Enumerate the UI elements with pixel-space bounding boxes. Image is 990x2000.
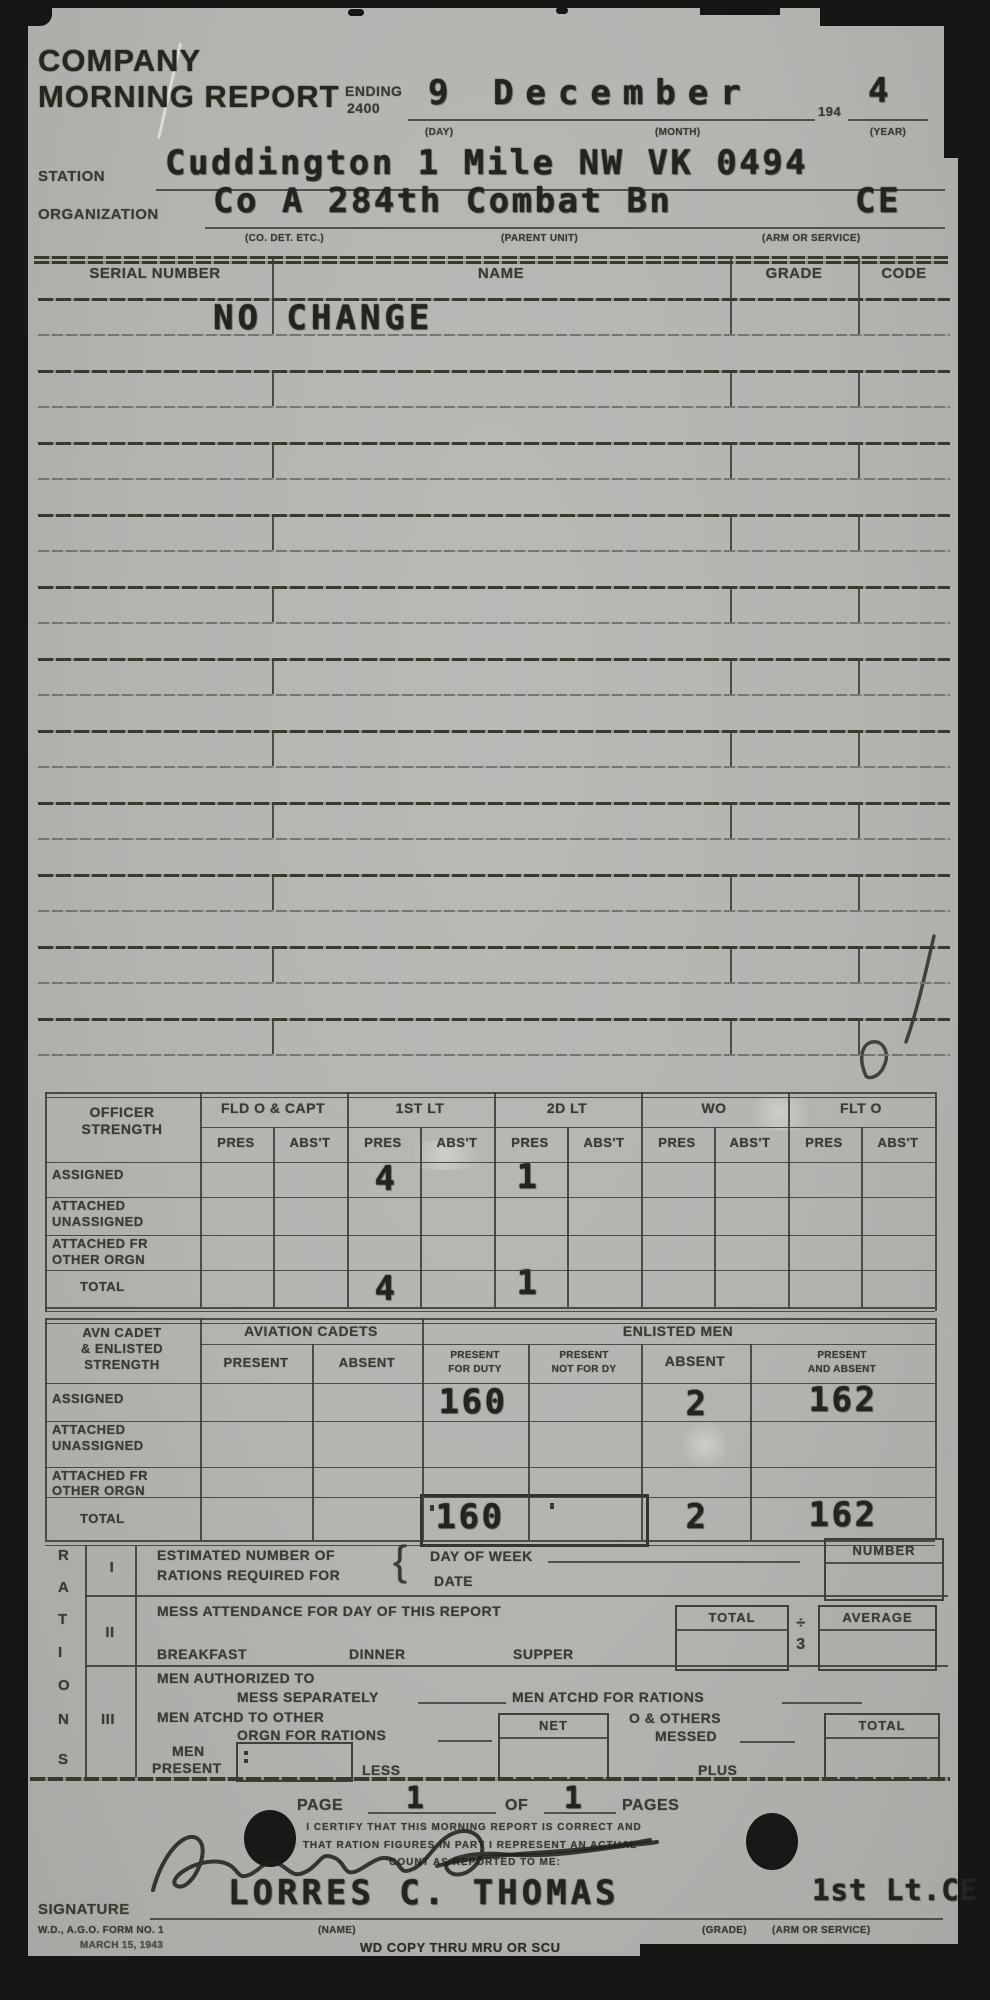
average-box-label: AVERAGE	[820, 1610, 935, 1625]
table-line	[730, 370, 732, 406]
table-line	[45, 1311, 935, 1312]
rations-numeral-2: II	[105, 1625, 114, 1642]
number-box-divider	[826, 1562, 942, 1564]
table-line	[730, 874, 732, 910]
table-line	[935, 1318, 937, 1540]
mess-separately-label: MESS SEPARATELY	[237, 1690, 379, 1705]
enlisted-total-pa: 162	[809, 1498, 878, 1532]
table-line	[38, 406, 950, 408]
table-line	[730, 298, 732, 334]
present-label: PRESENT	[152, 1761, 222, 1776]
officer-abst-header: ABS'T	[730, 1136, 771, 1150]
table-line	[641, 1092, 643, 1307]
date-entry: 9 December	[428, 76, 753, 110]
table-line	[858, 730, 860, 766]
table-line	[45, 1421, 935, 1422]
messed-rule	[740, 1741, 795, 1743]
scan-edge-bottom-right	[640, 1944, 960, 1958]
officer-abst-header: ABS'T	[584, 1136, 625, 1150]
table-line	[272, 730, 274, 766]
table-line	[38, 478, 950, 480]
form-number: W.D., A.G.O. FORM NO. 1	[38, 1925, 164, 1936]
day-of-week-label: DAY OF WEEK	[430, 1549, 533, 1564]
roster-header-name: NAME	[478, 266, 524, 283]
table-line	[273, 1127, 275, 1307]
table-line	[272, 370, 274, 406]
table-line	[135, 1545, 137, 1777]
table-line	[45, 1092, 935, 1094]
officer-row-label: OTHER ORGN	[52, 1253, 145, 1267]
men-atchd-other-label: MEN ATCHD TO OTHER	[157, 1710, 324, 1725]
table-line	[45, 1323, 935, 1324]
pnfd-header-1: PRESENT	[559, 1350, 608, 1361]
scan-speck-2	[556, 7, 568, 14]
enlisted-assigned-pfd: 160	[439, 1385, 508, 1419]
table-line	[858, 586, 860, 622]
table-line	[200, 1318, 202, 1540]
table-line	[858, 658, 860, 694]
rations-estimated-1: ESTIMATED NUMBER OF	[157, 1548, 335, 1563]
table-line	[858, 370, 860, 406]
table-line	[730, 658, 732, 694]
table-line	[422, 1318, 424, 1540]
table-line	[38, 982, 950, 984]
month-label: (MONTH)	[655, 127, 700, 138]
table-line	[730, 1018, 732, 1054]
o-and-others-label: O & OTHERS	[629, 1711, 721, 1726]
enlisted-title-1: AVN CADET	[82, 1326, 161, 1340]
table-line	[45, 1197, 935, 1198]
rations-total-box-divider	[826, 1737, 938, 1739]
officer-assigned-2dlt-pres: 1	[517, 1160, 540, 1194]
rations-estimated-2: RATIONS REQUIRED FOR	[157, 1568, 340, 1583]
table-line	[200, 1344, 935, 1345]
table-line	[38, 550, 950, 552]
grade-caption: (GRADE)	[702, 1925, 747, 1936]
mess-total-box-label: TOTAL	[677, 1610, 787, 1625]
organization-label: ORGANIZATION	[38, 207, 159, 224]
signed-grade: 1st Lt.CE	[812, 1876, 978, 1905]
table-line	[714, 1127, 716, 1307]
net-box-divider	[500, 1737, 607, 1739]
ending-label: ENDING	[345, 84, 402, 99]
table-line	[272, 258, 274, 298]
supper-label: SUPPER	[513, 1647, 574, 1662]
signed-name: LORRES C. THOMAS	[228, 1876, 620, 1910]
average-box: AVERAGE	[818, 1605, 937, 1671]
officer-total-1stlt-pres: 4	[375, 1272, 398, 1306]
men-atchd-rations-rule	[782, 1702, 862, 1704]
table-line	[38, 334, 950, 336]
table-line	[935, 1092, 937, 1311]
scan-speck-1	[348, 9, 364, 16]
stray-typed-colon	[244, 1751, 248, 1755]
rations-letter: O	[58, 1678, 70, 1695]
date-label: DATE	[434, 1574, 473, 1589]
rations-letter: I	[58, 1645, 63, 1662]
enlisted-row-label: ATTACHED	[52, 1423, 126, 1437]
table-line	[750, 1344, 752, 1540]
form-title-line1: COMPANY	[38, 44, 201, 78]
men-label: MEN	[172, 1744, 205, 1759]
table-line	[730, 946, 732, 982]
table-line	[45, 1270, 935, 1271]
hole-punch-right	[746, 1813, 798, 1870]
table-line	[34, 256, 948, 259]
table-line	[85, 1665, 948, 1667]
scan-blotch-2	[680, 1420, 730, 1470]
table-line	[858, 258, 860, 298]
table-line	[641, 1344, 643, 1540]
table-line	[347, 1092, 349, 1307]
table-line	[38, 370, 950, 373]
table-line	[730, 442, 732, 478]
divide-sign: ÷	[796, 1615, 805, 1633]
station-label: STATION	[38, 169, 105, 186]
scan-edge-right-wedge	[944, 8, 960, 158]
roster-entry-no-change: NO CHANGE	[213, 301, 433, 335]
table-line	[45, 1540, 935, 1542]
orgn-for-rations-rule	[438, 1740, 492, 1742]
mess-total-box: TOTAL	[675, 1605, 789, 1671]
table-line	[38, 802, 950, 805]
table-line	[272, 298, 274, 334]
officer-strength-title-2: STRENGTH	[82, 1122, 163, 1137]
roster-header-serial: SERIAL NUMBER	[89, 266, 220, 283]
table-line	[858, 514, 860, 550]
messed-label: MESSED	[655, 1729, 717, 1744]
day-label: (DAY)	[425, 127, 453, 138]
date-rule	[408, 119, 815, 121]
officer-strength-title-1: OFFICER	[90, 1105, 155, 1120]
table-line	[45, 1318, 47, 1540]
table-line	[38, 838, 950, 840]
organization-entry: Co A 284th Combat Bn	[213, 184, 672, 218]
table-line	[858, 442, 860, 478]
year-prefix: 194	[818, 105, 841, 119]
table-line	[30, 1777, 950, 1781]
table-line	[420, 1127, 422, 1307]
table-line	[730, 802, 732, 838]
arm-service-label: (ARM OR SERVICE)	[762, 233, 861, 244]
scan-edge-top-mid	[700, 0, 780, 15]
table-line	[858, 874, 860, 910]
officer-row-label: ATTACHED FR	[52, 1237, 148, 1251]
rations-total-box-label: TOTAL	[826, 1718, 938, 1733]
men-authorized-label: MEN AUTHORIZED TO	[157, 1671, 315, 1686]
table-line	[272, 874, 274, 910]
table-line	[730, 514, 732, 550]
enlisted-row-label: ATTACHED FR	[52, 1469, 148, 1483]
mess-attendance-label: MESS ATTENDANCE FOR DAY OF THIS REPORT	[157, 1604, 501, 1619]
table-line	[34, 261, 948, 264]
table-line	[272, 586, 274, 622]
table-line	[45, 1318, 935, 1320]
net-box: NET	[498, 1713, 609, 1781]
table-line	[38, 1018, 950, 1021]
net-box-label: NET	[500, 1718, 607, 1733]
table-line	[858, 298, 860, 334]
table-line	[38, 1054, 950, 1056]
officer-pres-header: PRES	[511, 1136, 548, 1150]
scan-edge-top-right	[820, 0, 990, 26]
enlisted-row-label: TOTAL	[80, 1512, 125, 1526]
rations-letter: S	[58, 1752, 69, 1769]
signature-label: SIGNATURE	[38, 1902, 130, 1919]
ending-time: 2400	[347, 101, 380, 116]
form-date: MARCH 15, 1943	[80, 1940, 163, 1951]
pnfd-header-2: NOT FOR DY	[552, 1364, 617, 1375]
table-line	[38, 766, 950, 768]
table-line	[272, 442, 274, 478]
officer-row-label: ATTACHED	[52, 1199, 126, 1213]
table-line	[272, 514, 274, 550]
station-entry: Cuddington 1 Mile NW VK 0494	[165, 146, 808, 180]
enlisted-assigned-absent: 2	[686, 1387, 709, 1421]
year-entry: 4	[868, 74, 891, 108]
breakfast-label: BREAKFAST	[157, 1647, 247, 1662]
table-line	[200, 1127, 935, 1128]
mess-total-box-divider	[677, 1629, 787, 1631]
mess-separately-rule	[418, 1702, 506, 1704]
table-line	[730, 586, 732, 622]
men-atchd-rations-label: MEN ATCHD FOR RATIONS	[512, 1690, 704, 1705]
arm-caption: (ARM OR SERVICE)	[772, 1925, 871, 1936]
table-line	[45, 1235, 935, 1236]
officer-row-label: UNASSIGNED	[52, 1215, 144, 1229]
table-line	[272, 1018, 274, 1054]
table-line	[38, 514, 950, 517]
table-line	[567, 1127, 569, 1307]
table-line	[730, 258, 732, 298]
table-line	[38, 874, 950, 877]
table-line	[858, 946, 860, 982]
rations-numeral-1: I	[110, 1560, 115, 1577]
table-line	[272, 946, 274, 982]
stray-typed-colon-2	[244, 1759, 248, 1763]
table-line	[858, 802, 860, 838]
parent-unit-label: (PARENT UNIT)	[501, 233, 578, 244]
officer-group-fldo: FLD O & CAPT	[221, 1101, 325, 1116]
officer-row-label: ASSIGNED	[52, 1168, 124, 1182]
table-line	[45, 1497, 935, 1498]
routing-line: WD COPY THRU MRU OR SCU	[360, 1941, 560, 1955]
pfd-header-2: FOR DUTY	[448, 1364, 502, 1375]
table-line	[38, 622, 950, 624]
table-line	[38, 730, 950, 733]
cadet-absent-header: ABSENT	[339, 1356, 395, 1370]
table-line	[38, 658, 950, 661]
cadet-present-header: PRESENT	[224, 1356, 289, 1370]
officer-abst-header: ABS'T	[437, 1136, 478, 1150]
rations-total-box: TOTAL	[824, 1713, 940, 1781]
table-line	[85, 1595, 948, 1597]
rations-letter: R	[58, 1548, 69, 1565]
enlisted-row-label: UNASSIGNED	[52, 1439, 144, 1453]
form-title-line2: MORNING REPORT	[38, 80, 340, 114]
table-line	[730, 730, 732, 766]
officer-group-wo: WO	[701, 1101, 726, 1116]
table-line	[788, 1092, 790, 1307]
officer-pres-header: PRES	[217, 1136, 254, 1150]
enlisted-assigned-pa: 162	[809, 1383, 878, 1417]
divide-by-three: 3	[796, 1636, 805, 1654]
officer-pres-header: PRES	[364, 1136, 401, 1150]
roster-header-code: CODE	[881, 266, 926, 283]
number-box: NUMBER	[824, 1538, 944, 1601]
enlisted-title-2: & ENLISTED	[81, 1342, 163, 1356]
year-rule	[848, 119, 928, 121]
day-of-week-rule	[548, 1561, 800, 1563]
table-line	[38, 298, 950, 301]
officer-assigned-1stlt-pres: 4	[375, 1162, 398, 1196]
roster-header-grade: GRADE	[766, 266, 823, 283]
organization-rule	[205, 227, 945, 229]
table-line	[528, 1344, 530, 1540]
table-line	[45, 1467, 935, 1468]
arm-service-entry: CE	[855, 184, 901, 218]
rations-letter: N	[58, 1712, 69, 1729]
table-line	[38, 946, 950, 949]
table-line	[45, 1545, 935, 1546]
table-line	[38, 586, 950, 589]
stray-typed-dot-1	[430, 1505, 434, 1511]
aviation-cadets-group: AVIATION CADETS	[244, 1324, 378, 1339]
rations-letter: T	[58, 1612, 68, 1629]
officer-group-1stlt: 1ST LT	[396, 1101, 445, 1116]
table-line	[272, 802, 274, 838]
stray-typed-dot-2	[550, 1503, 554, 1509]
table-line	[45, 1092, 47, 1311]
table-line	[312, 1344, 314, 1540]
enlisted-row-label: ASSIGNED	[52, 1392, 124, 1406]
table-line	[861, 1127, 863, 1307]
dinner-label: DINNER	[349, 1647, 406, 1662]
table-line	[85, 1545, 87, 1777]
enlisted-row-label: OTHER ORGN	[52, 1484, 145, 1498]
signature-rule	[150, 1918, 943, 1920]
table-line	[272, 658, 274, 694]
table-line	[38, 910, 950, 912]
pfd-header-1: PRESENT	[450, 1350, 499, 1361]
officer-row-label: TOTAL	[80, 1280, 125, 1294]
men-present-box	[236, 1742, 353, 1782]
year-label: (YEAR)	[870, 127, 906, 138]
scanned-morning-report: COMPANY MORNING REPORT ENDING 2400 9 Dec…	[0, 0, 990, 2000]
table-line	[38, 442, 950, 445]
table-line	[45, 1162, 935, 1163]
table-line	[200, 1092, 202, 1307]
pen-marks	[850, 930, 950, 1090]
officer-pres-header: PRES	[805, 1136, 842, 1150]
absent-header: ABSENT	[665, 1354, 726, 1369]
rations-numeral-3: III	[101, 1712, 115, 1729]
enlisted-title-3: STRENGTH	[84, 1358, 160, 1372]
table-line	[45, 1307, 935, 1309]
table-line	[858, 1018, 860, 1054]
officer-group-flto: FLT O	[840, 1101, 882, 1116]
rations-letter: A	[58, 1580, 69, 1597]
table-line	[494, 1092, 496, 1307]
table-line	[45, 1097, 935, 1098]
scan-blotch-1	[740, 1095, 820, 1131]
enlisted-men-group: ENLISTED MEN	[623, 1324, 733, 1339]
officer-pres-header: PRES	[658, 1136, 695, 1150]
pa-header-1: PRESENT	[817, 1350, 866, 1361]
table-line	[38, 694, 950, 696]
co-det-label: (CO. DET. ETC.)	[245, 233, 324, 244]
enlisted-total-absent: 2	[686, 1500, 709, 1534]
table-line	[45, 1383, 935, 1384]
average-box-divider	[820, 1629, 935, 1631]
officer-group-2dlt: 2D LT	[547, 1101, 587, 1116]
officer-abst-header: ABS'T	[290, 1136, 331, 1150]
officer-abst-header: ABS'T	[878, 1136, 919, 1150]
name-caption: (NAME)	[318, 1925, 356, 1936]
pa-header-2: AND ABSENT	[808, 1364, 876, 1375]
